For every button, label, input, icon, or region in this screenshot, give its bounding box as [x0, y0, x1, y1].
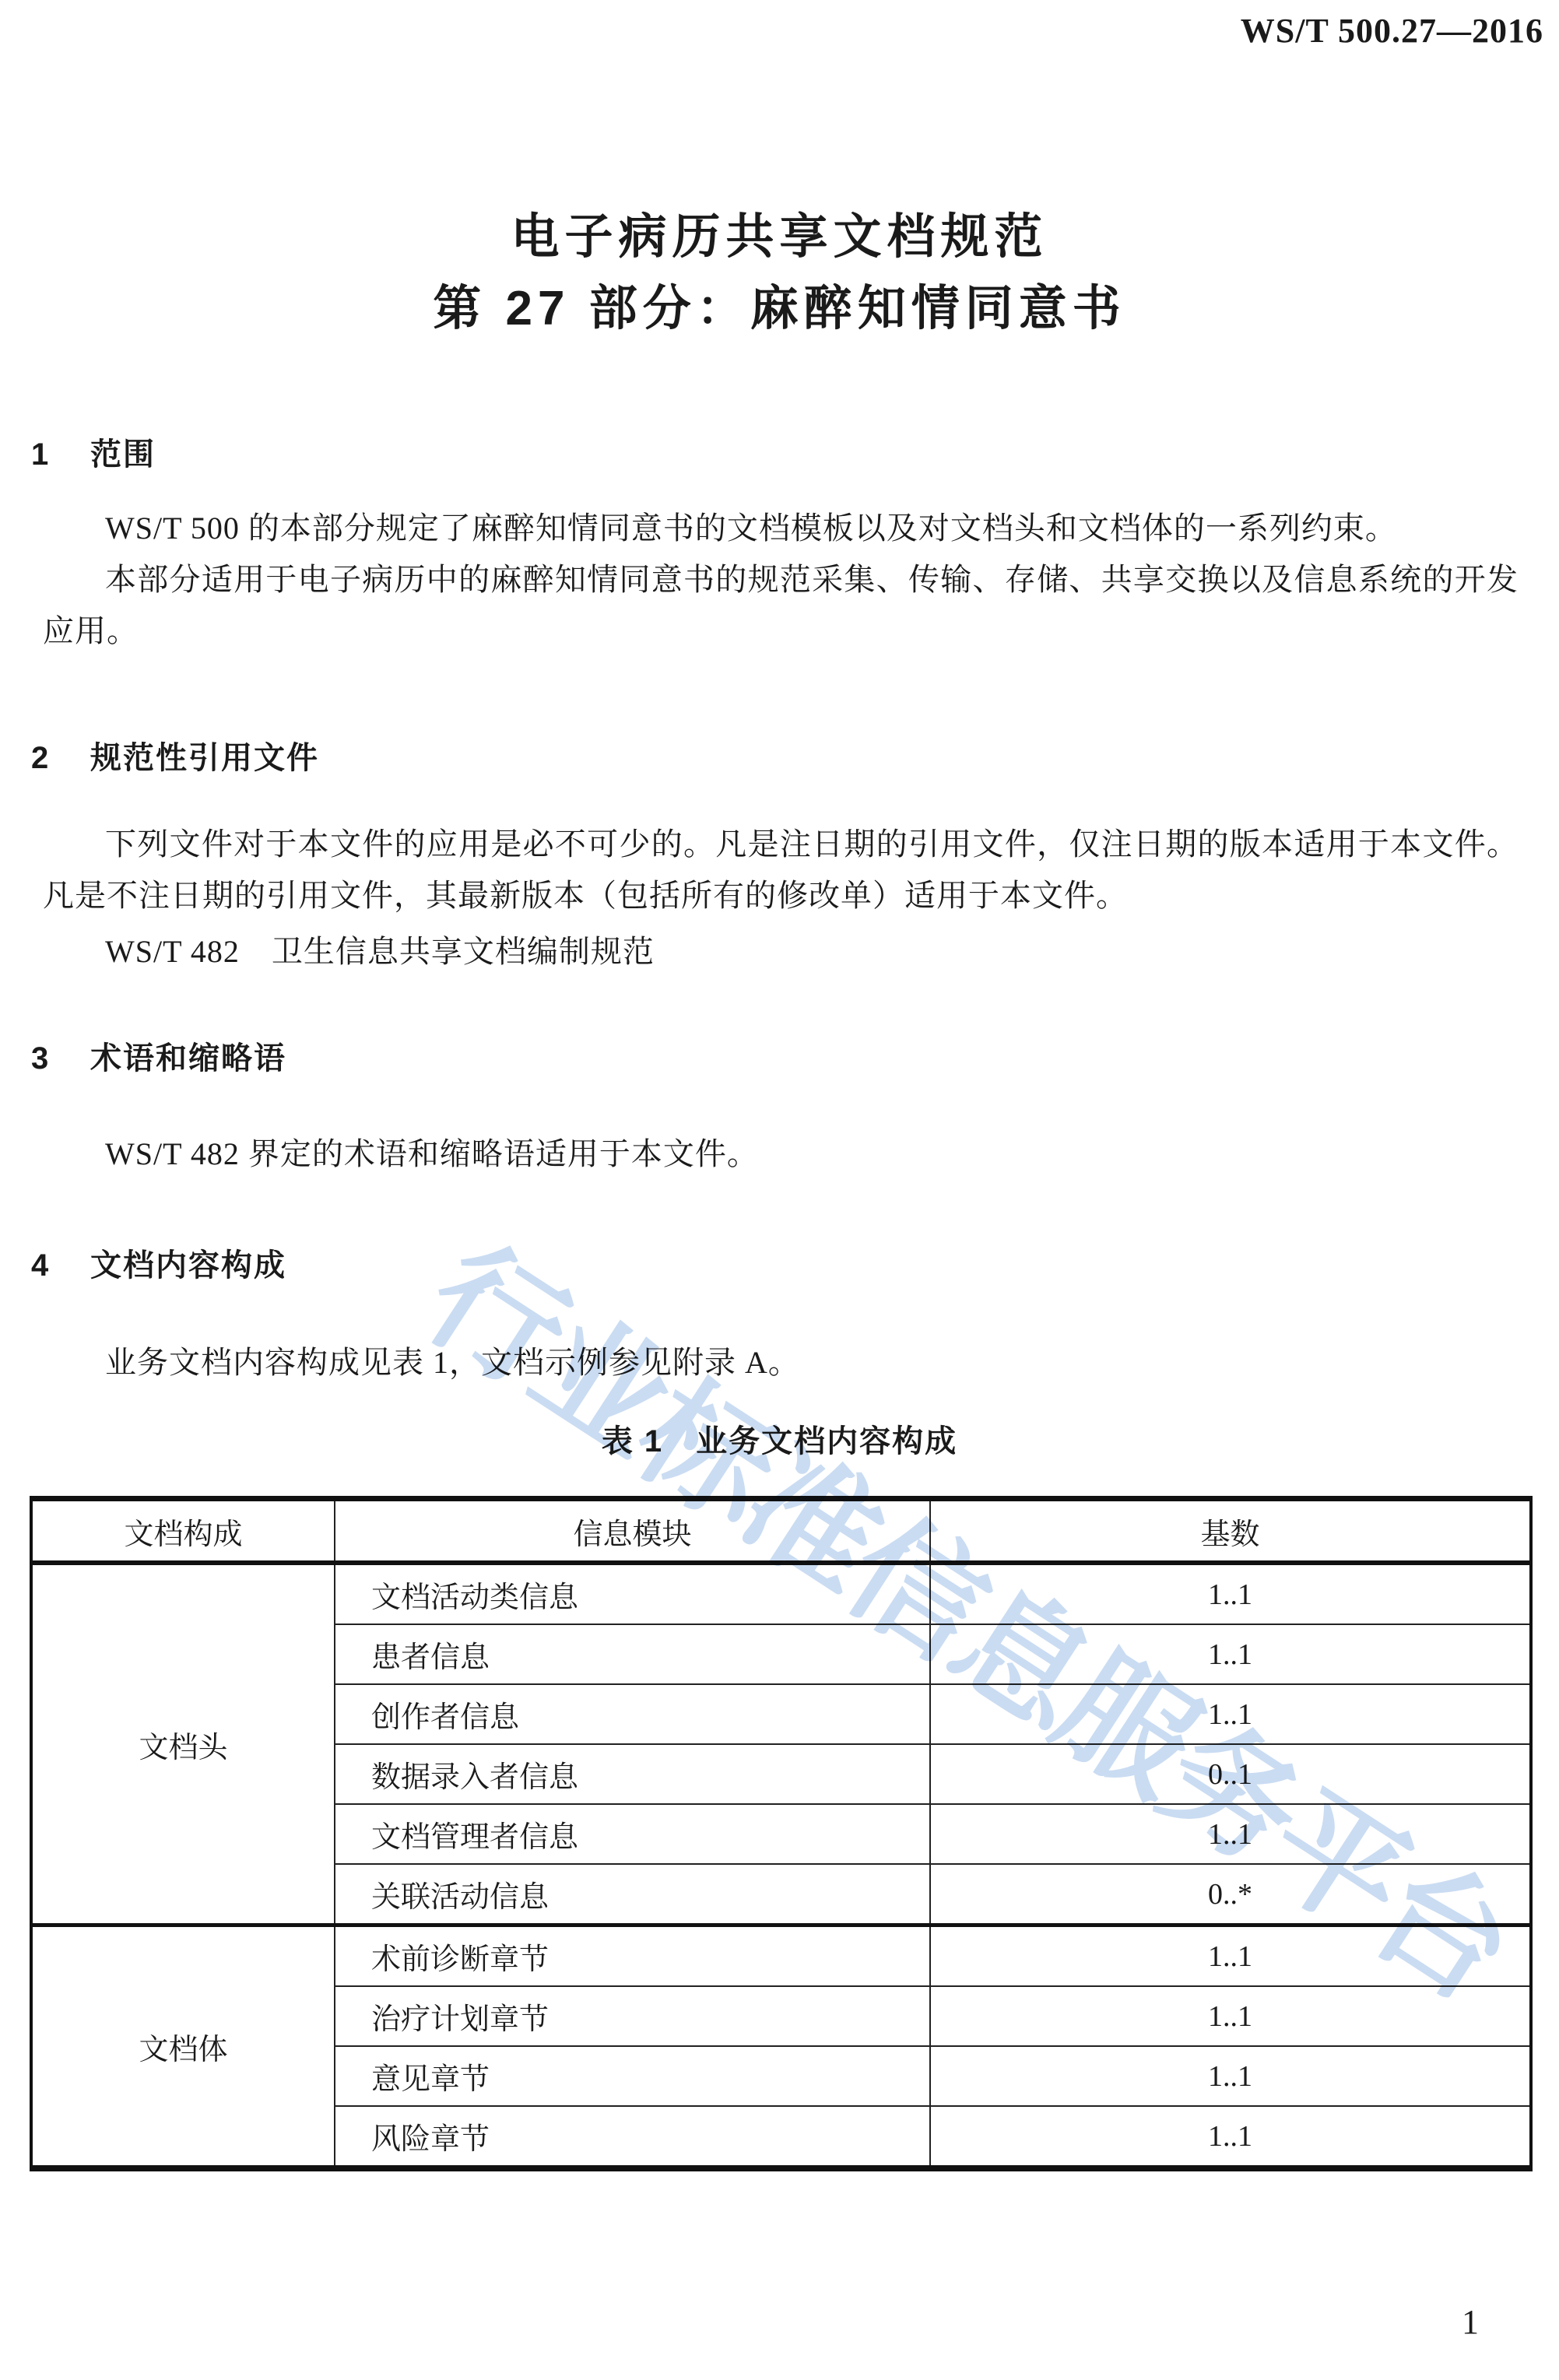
cardinality-cell: 0..* — [930, 1864, 1531, 1925]
module-cell: 术前诊断章节 — [335, 1925, 930, 1987]
section-2-title: 规范性引用文件 — [90, 741, 319, 775]
cardinality-cell: 1..1 — [930, 1624, 1531, 1684]
column-header-information-module: 信息模块 — [335, 1499, 930, 1564]
document-page: WS/T 500.27—2016 电子病历共享文档规范 第 27 部分：麻醉知情… — [0, 0, 1559, 2380]
table-row: 文档体 术前诊断章节 1..1 — [31, 1925, 1531, 1987]
cardinality-cell: 1..1 — [930, 2106, 1531, 2168]
section-3-title: 术语和缩略语 — [90, 1041, 286, 1076]
page-number: 1 — [1462, 2302, 1479, 2342]
section-2-number: 2 — [31, 741, 90, 776]
cardinality-cell: 1..1 — [930, 1925, 1531, 1987]
section-3-paragraph-1: WS/T 482 界定的术语和缩略语适用于本文件。 — [43, 1129, 1519, 1180]
section-3-heading: 3术语和缩略语 — [31, 1034, 286, 1078]
table-caption: 表 1 业务文档内容构成 — [0, 1416, 1559, 1461]
module-cell: 风险章节 — [335, 2106, 930, 2168]
cardinality-cell: 1..1 — [930, 1563, 1531, 1624]
section-1-title: 范围 — [90, 437, 156, 472]
module-cell: 关联活动信息 — [335, 1864, 930, 1925]
cardinality-cell: 0..1 — [930, 1744, 1531, 1804]
module-cell: 意见章节 — [335, 2046, 930, 2106]
document-title-line1: 电子病历共享文档规范 — [0, 198, 1559, 267]
module-cell: 患者信息 — [335, 1624, 930, 1684]
module-cell: 文档活动类信息 — [335, 1563, 930, 1624]
column-header-cardinality: 基数 — [930, 1499, 1531, 1564]
section-1-number: 1 — [31, 437, 90, 472]
section-4-heading: 4文档内容构成 — [31, 1241, 286, 1285]
section-2-reference: WS/T 482 卫生信息共享文档编制规范 — [43, 926, 1519, 978]
section-4-number: 4 — [31, 1248, 90, 1283]
cardinality-cell: 1..1 — [930, 1986, 1531, 2046]
column-header-document-structure: 文档构成 — [31, 1499, 335, 1564]
standard-number: WS/T 500.27—2016 — [1241, 11, 1543, 51]
section-3-number: 3 — [31, 1041, 90, 1076]
section-2-paragraph-1: 下列文件对于本文件的应用是必不可少的。凡是注日期的引用文件，仅注日期的版本适用于… — [43, 819, 1519, 921]
cardinality-cell: 1..1 — [930, 2046, 1531, 2106]
section-2-heading: 2规范性引用文件 — [31, 733, 319, 778]
module-cell: 创作者信息 — [335, 1684, 930, 1744]
section-1-paragraph-1: WS/T 500 的本部分规定了麻醉知情同意书的文档模板以及对文档头和文档体的一… — [43, 503, 1519, 554]
section-1-paragraph-2: 本部分适用于电子病历中的麻醉知情同意书的规范采集、传输、存储、共享交换以及信息系… — [43, 554, 1519, 657]
module-cell: 治疗计划章节 — [335, 1986, 930, 2046]
table-row: 文档头 文档活动类信息 1..1 — [31, 1563, 1531, 1624]
table-header-row: 文档构成 信息模块 基数 — [31, 1499, 1531, 1564]
module-cell: 文档管理者信息 — [335, 1804, 930, 1864]
content-structure-table: 文档构成 信息模块 基数 文档头 文档活动类信息 1..1 患者信息 1..1 … — [30, 1496, 1533, 2171]
cardinality-cell: 1..1 — [930, 1804, 1531, 1864]
group-label-cell: 文档头 — [31, 1563, 335, 1925]
section-1-heading: 1范围 — [31, 430, 156, 474]
module-cell: 数据录入者信息 — [335, 1744, 930, 1804]
section-4-title: 文档内容构成 — [90, 1248, 286, 1283]
document-title-line2: 第 27 部分：麻醉知情同意书 — [0, 269, 1559, 339]
group-label-cell: 文档体 — [31, 1925, 335, 2169]
cardinality-cell: 1..1 — [930, 1684, 1531, 1744]
section-4-paragraph-1: 业务文档内容构成见表 1，文档示例参见附录 A。 — [43, 1337, 1519, 1388]
